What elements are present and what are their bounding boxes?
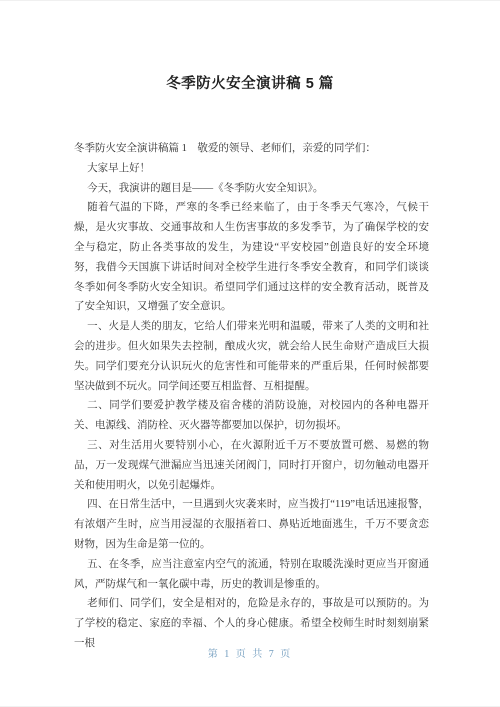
paragraph-topic: 今天，我演讲的题目是——《冬季防火安全知识》。 <box>74 179 429 199</box>
paragraph-greeting: 大家早上好！ <box>74 159 429 179</box>
paragraph-salutation: 冬季防火安全演讲稿篇 1 敬爱的领导、老师们，亲爱的同学们： <box>74 139 429 159</box>
document-title: 冬季防火安全演讲稿 5 篇 <box>0 72 500 93</box>
paragraph-point-3: 三、对生活用火要特别小心，在火源附近千万不要放置可燃、易燃的物品，万一发现煤气泄… <box>74 436 429 495</box>
page-number-footer: 第 1 页 共 7 页 <box>0 645 500 660</box>
paragraph-point-2: 二、同学们要爱护教学楼及宿舍楼的消防设施，对校园内的各种电器开关、电源线、消防栓… <box>74 396 429 436</box>
paragraph-intro: 随着气温的下降，严寒的冬季已经来临了，由于冬季天气寒冷，气候干燥，是火灾事故、交… <box>74 198 429 317</box>
paragraph-point-1: 一、火是人类的朋友，它给人们带来光明和温暖，带来了人类的文明和社会的进步。但火如… <box>74 317 429 396</box>
paragraph-point-4: 四、在日常生活中，一旦遇到火灾袭来时，应当拨打“119”电话迅速报警，有浓烟产生… <box>74 495 429 554</box>
document-body: 冬季防火安全演讲稿篇 1 敬爱的领导、老师们，亲爱的同学们： 大家早上好！ 今天… <box>74 139 429 654</box>
document-page: 冬季防火安全演讲稿 5 篇 冬季防火安全演讲稿篇 1 敬爱的领导、老师们，亲爱的… <box>0 0 500 707</box>
paragraph-point-5: 五、在冬季，应当注意室内空气的流通，特别在取暖洗澡时更应当开窗通风，严防煤气和一… <box>74 555 429 595</box>
